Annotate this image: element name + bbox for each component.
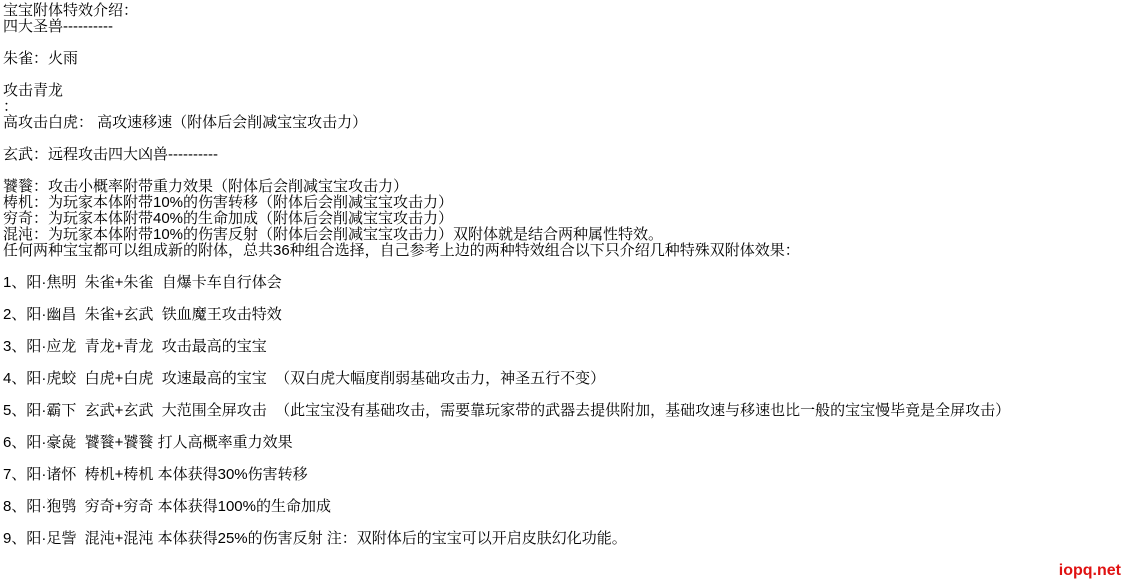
- text-line: 8、阳·狍鸮 穷奇+穷奇 本体获得100%的生命加成: [3, 499, 1126, 515]
- text-line: 1、阳·焦明 朱雀+朱雀 自爆卡车自行体会: [3, 275, 1126, 291]
- qinglong-baihu-block: 攻击青龙 ： 高攻击白虎： 高攻速移速（附体后会削减宝宝攻击力）: [3, 83, 1126, 131]
- combo-item-2: 2、阳·幽昌 朱雀+玄武 铁血魔王攻击特效: [3, 307, 1126, 323]
- text-line: 4、阳·虎蛟 白虎+白虎 攻速最高的宝宝 （双白虎大幅度削弱基础攻击力，神圣五行…: [3, 371, 1126, 387]
- text-line: 攻击青龙: [3, 83, 1126, 99]
- pet-effects-document: 宝宝附体特效介绍： 四大圣兽---------- 朱雀：火雨 攻击青龙 ： 高攻…: [0, 0, 1128, 586]
- combo-item-6: 6、阳·豪彘 饕餮+饕餮 打人高概率重力效果: [3, 435, 1126, 451]
- combo-item-7: 7、阳·诸怀 梼机+梼机 本体获得30%伤害转移: [3, 467, 1126, 483]
- text-line: 任何两种宝宝都可以组成新的附体，总共36种组合选择，自己参考上边的两种特效组合以…: [3, 243, 1126, 259]
- combo-item-5: 5、阳·霸下 玄武+玄武 大范围全屏攻击 （此宝宝没有基础攻击，需要靠玩家带的武…: [3, 403, 1126, 419]
- combo-item-9: 9、阳·足訾 混沌+混沌 本体获得25%的伤害反射 注：双附体后的宝宝可以开启皮…: [3, 531, 1126, 547]
- text-line: 饕餮：攻击小概率附带重力效果（附体后会削减宝宝攻击力）: [3, 179, 1126, 195]
- combo-item-3: 3、阳·应龙 青龙+青龙 攻击最高的宝宝: [3, 339, 1126, 355]
- section-heading-four-fierce-beasts: 玄武：远程攻击四大凶兽----------: [3, 147, 1126, 163]
- combo-item-4: 4、阳·虎蛟 白虎+白虎 攻速最高的宝宝 （双白虎大幅度削弱基础攻击力，神圣五行…: [3, 371, 1126, 387]
- text-line: 5、阳·霸下 玄武+玄武 大范围全屏攻击 （此宝宝没有基础攻击，需要靠玩家带的武…: [3, 403, 1126, 419]
- fierce-beasts-block: 饕餮：攻击小概率附带重力效果（附体后会削减宝宝攻击力） 梼机：为玩家本体附带10…: [3, 179, 1126, 259]
- combo-item-1: 1、阳·焦明 朱雀+朱雀 自爆卡车自行体会: [3, 275, 1126, 291]
- xuanwu-block: 玄武：远程攻击四大凶兽----------: [3, 147, 1126, 163]
- text-line: 朱雀：火雨: [3, 51, 1126, 67]
- text-line: 混沌：为玩家本体附带10%的伤害反射（附体后会削减宝宝攻击力）双附体就是结合两种…: [3, 227, 1126, 243]
- text-line: 穷奇：为玩家本体附带40%的生命加成（附体后会削减宝宝攻击力）: [3, 211, 1126, 227]
- page-title: 宝宝附体特效介绍：: [3, 3, 1126, 19]
- zhuque-block: 朱雀：火雨: [3, 51, 1126, 67]
- site-watermark: iopq.net: [1059, 562, 1121, 580]
- combo-item-8: 8、阳·狍鸮 穷奇+穷奇 本体获得100%的生命加成: [3, 499, 1126, 515]
- text-line: ：: [3, 99, 1126, 115]
- text-line: 2、阳·幽昌 朱雀+玄武 铁血魔王攻击特效: [3, 307, 1126, 323]
- text-line: 3、阳·应龙 青龙+青龙 攻击最高的宝宝: [3, 339, 1126, 355]
- intro-header-block: 宝宝附体特效介绍： 四大圣兽----------: [3, 3, 1126, 35]
- text-line: 9、阳·足訾 混沌+混沌 本体获得25%的伤害反射 注：双附体后的宝宝可以开启皮…: [3, 531, 1126, 547]
- text-line: 梼机：为玩家本体附带10%的伤害转移（附体后会削减宝宝攻击力）: [3, 195, 1126, 211]
- text-line: 高攻击白虎： 高攻速移速（附体后会削减宝宝攻击力）: [3, 115, 1126, 131]
- text-line: 7、阳·诸怀 梼机+梼机 本体获得30%伤害转移: [3, 467, 1126, 483]
- section-heading-four-sacred-beasts: 四大圣兽----------: [3, 19, 1126, 35]
- text-line: 6、阳·豪彘 饕餮+饕餮 打人高概率重力效果: [3, 435, 1126, 451]
